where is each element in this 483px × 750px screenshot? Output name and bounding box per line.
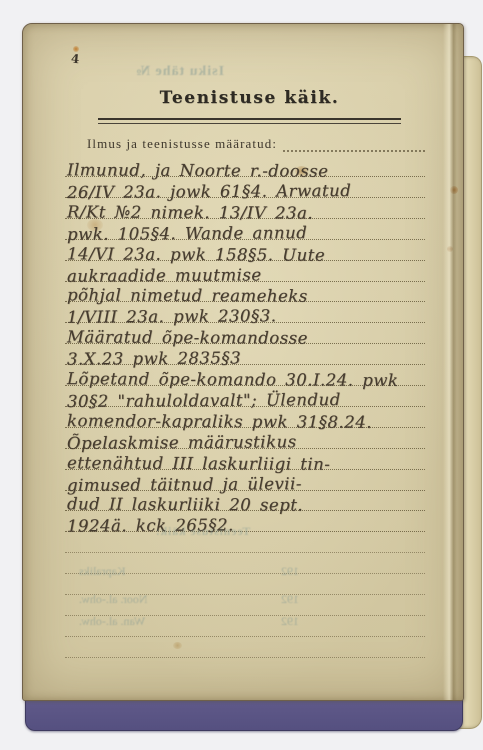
ruled-line: [65, 636, 425, 637]
bleedthrough-isiku-tahe: Isiku tähe №: [135, 64, 224, 80]
ruled-line: [65, 615, 425, 616]
handwritten-entry: dud II laskurliiki 20 sept.: [67, 495, 303, 515]
ruled-line: Õpelaskmise määrustikus: [65, 448, 425, 449]
handwritten-entry: 1/VIII 23a. pwk 230§3.: [67, 307, 277, 327]
booklet-page: 4 Isiku tähe № Teenistuse käik. Ilmus ja…: [22, 23, 464, 701]
rust-spot: [450, 186, 458, 194]
handwritten-entry: Määratud õpe-komandosse: [67, 328, 308, 348]
ruled-line: komendor-kapraliks pwk 31§8.24.: [65, 427, 425, 428]
ruled-line: Ilmunud, ja Noorte r.-doosse: [65, 176, 425, 177]
bleedthrough-row: Kapraliks192: [23, 564, 463, 580]
handwritten-entry: Õpelaskmise määrustikus: [67, 432, 297, 453]
title-double-rule: [98, 118, 401, 124]
field-label-text: Ilmus ja teenistusse määratud:: [87, 136, 277, 152]
handwritten-entry: 30§2 "rahuloldavalt"; Ülendud: [67, 390, 341, 411]
ruled-line: 26/IV 23a. jowk 61§4. Arwatud: [65, 197, 425, 198]
bleedthrough-rank-label: Wan. al.-ohw.: [79, 614, 145, 629]
handwritten-entry: R/Kt №2 nimek. 13/IV 23a.: [67, 202, 313, 222]
bleedthrough-rank-label: Kapraliks: [79, 564, 126, 579]
bleedthrough-row: Wan. al.-ohw.192: [23, 614, 463, 630]
ruled-line: 3.X.23 pwk 2835§3: [65, 364, 425, 365]
handwritten-entry: 14/VI 23a. pwk 158§5. Uute: [67, 244, 325, 264]
rust-spot: [173, 642, 182, 649]
handwritten-entry: gimused täitnud ja ülevii-: [67, 474, 302, 495]
handwritten-entry: Lõpetand õpe-komando 30.I.24. pwk: [67, 369, 399, 390]
handwritten-entry: põhjal nimetud reameheks: [67, 286, 308, 306]
ruled-line: 1924ä. kck 265§2.: [65, 531, 425, 532]
field-label-dotted-line: [283, 136, 425, 152]
bleedthrough-year: 192: [281, 614, 299, 629]
handwritten-entry: ettenähtud III laskurliigi tin-: [67, 453, 330, 473]
handwritten-entry: Ilmunud, ja Noorte r.-doosse: [67, 160, 329, 180]
page-number: 4: [70, 52, 80, 67]
bleedthrough-year: 192: [281, 564, 299, 579]
ruled-line: dud II laskurliiki 20 sept.: [65, 510, 425, 511]
ruled-line: gimused täitnud ja ülevii-: [65, 490, 425, 491]
ruled-line: aukraadide muutmise: [65, 281, 425, 282]
ruled-line: [65, 552, 425, 553]
ruled-line: Lõpetand õpe-komando 30.I.24. pwk: [65, 385, 425, 386]
ruled-line: [65, 657, 425, 658]
handwritten-entry: 3.X.23 pwk 2835§3: [67, 348, 241, 368]
ruled-line: [65, 573, 425, 574]
ruled-line: pwk. 105§4. Wande annud: [65, 239, 425, 240]
ruled-line: 30§2 "rahuloldavalt"; Ülendud: [65, 406, 425, 407]
handwritten-entry: komendor-kapraliks pwk 31§8.24.: [67, 411, 372, 432]
ruled-line: Määratud õpe-komandosse: [65, 343, 425, 344]
handwritten-entry: 1924ä. kck 265§2.: [67, 516, 234, 536]
ruled-line: R/Kt №2 nimek. 13/IV 23a.: [65, 218, 425, 219]
ruled-line: [65, 594, 425, 595]
ruled-line: 14/VI 23a. pwk 158§5. Uute: [65, 260, 425, 261]
handwritten-entry: aukraadide muutmise: [67, 265, 262, 285]
ruled-line: põhjal nimetud reameheks: [65, 301, 425, 302]
handwritten-entry: pwk. 105§4. Wande annud: [67, 223, 307, 244]
rust-spot: [447, 246, 453, 252]
page-title: Teenistuse käik.: [98, 88, 401, 108]
field-label: Ilmus ja teenistusse määratud:: [87, 136, 425, 152]
handwritten-entry: 26/IV 23a. jowk 61§4. Arwatud: [67, 181, 351, 202]
ruled-line: 1/VIII 23a. pwk 230§3.: [65, 322, 425, 323]
ruled-line: ettenähtud III laskurliigi tin-: [65, 469, 425, 470]
